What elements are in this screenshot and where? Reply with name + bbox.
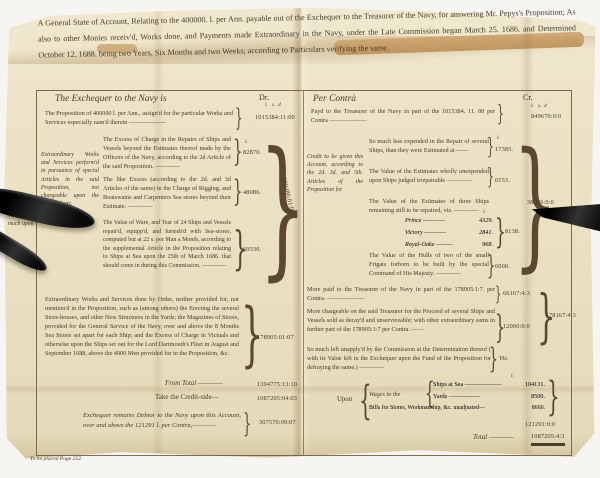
ship-name: Royal-Oake ——— xyxy=(405,241,453,248)
extraordinary-value: 178905:01:07 xyxy=(257,334,294,343)
ship-value: 968. xyxy=(482,241,493,248)
wages-label: Wages to the xyxy=(369,391,400,399)
credit-money-head: l. s. d xyxy=(531,103,547,110)
brace xyxy=(233,177,243,207)
brace xyxy=(487,167,494,189)
credit-item-2-text: The Value of the Estimates wholly unexpe… xyxy=(369,167,489,185)
upon-row-value: 8660. xyxy=(532,405,545,411)
ship-row-royal-oake: Royal-Oake ——— 968. xyxy=(405,241,493,248)
excess-item-1-text: The Excess of Charge in the Repairs of S… xyxy=(103,135,231,171)
upon-row-name: Bills for Stores, Workmanship, &c. unadj… xyxy=(369,405,485,411)
paid-text: Payd to the Treasurer of the Navy in par… xyxy=(311,107,495,125)
upon-label: Upon xyxy=(337,395,352,404)
debit-title: The Exchequer to the Navy is xyxy=(55,93,167,106)
brace xyxy=(497,104,504,126)
brace xyxy=(243,411,251,437)
upon-pound-mark: l. xyxy=(511,373,514,380)
credit-group-total: 38076:0:0 xyxy=(527,199,554,208)
paid-value: 849670:0:0 xyxy=(531,113,561,122)
pound-mark: l. xyxy=(497,135,500,142)
more-group-total: 78167:4:3 xyxy=(549,312,576,321)
from-total-label: From Total ———— xyxy=(165,379,223,388)
take-credit-value: 1087205:04:03 xyxy=(257,395,297,404)
credit-total-label: Total ———— xyxy=(473,433,514,442)
brace xyxy=(235,106,243,130)
brace xyxy=(489,345,498,373)
pound-mark: l. xyxy=(245,139,248,146)
excess-item-3-text: The Value of Ware, and Tear of 24 Ships … xyxy=(103,219,231,271)
photo-of-document: A General State of Account, Relating to … xyxy=(0,0,600,478)
ship-value: 4329. xyxy=(479,217,493,224)
upon-row-name: Ships at Sea —————— xyxy=(433,381,502,388)
credit-margin-note: Credit to be given this Account, accordi… xyxy=(307,153,363,194)
brace xyxy=(359,381,372,421)
left-unapplied-text: So much left unapply'd by the Commission… xyxy=(307,345,491,372)
upon-row-bills: Bills for Stores, Workmanship, &c. unadj… xyxy=(369,405,545,411)
ship-name: Victory ———— xyxy=(405,229,446,236)
upon-row-value: 8500. xyxy=(531,393,545,400)
brace xyxy=(495,283,501,303)
brace xyxy=(233,137,243,167)
credit-item-1-value: 17385. xyxy=(495,146,513,155)
credit-total-value: 1087205:4:3 xyxy=(531,433,565,444)
account-table: The Exchequer to the Navy is Dr. l. s. d… xyxy=(36,90,572,456)
remainder-value: 307570:09:07 xyxy=(259,419,296,428)
credit-item-2-value: 6553. xyxy=(495,177,510,186)
extraordinary-text: Extraordinary Works and Services done by… xyxy=(45,295,239,358)
ship-row-prince: Prince ———— 4329. xyxy=(405,217,493,224)
upon-row-value: 104131. xyxy=(525,381,545,388)
remainder-text: Exchequer remains Debtor to the Navy upo… xyxy=(83,411,241,431)
upon-row-yards: Yards ————— 8500. xyxy=(433,393,545,400)
brace xyxy=(487,137,494,159)
more-chargeable-value: 12000:0:0 xyxy=(503,323,530,332)
credit-item-1-text: So much less expended in the Repair of s… xyxy=(369,137,489,155)
more-paid-value: 66167:4:3 xyxy=(503,290,530,299)
credit-title: Per Contrà xyxy=(313,93,356,106)
from-total-value: 1394775:13:10 xyxy=(257,381,297,390)
binder-placement-note: To be placed Page 252. xyxy=(30,456,82,464)
credit-item-3-text: The Value of the Estimates of three Ship… xyxy=(369,197,489,215)
upon-row-name: Yards ————— xyxy=(433,393,480,400)
brace xyxy=(547,377,560,417)
proposition-text: The Proposition of 400000 l. per Ann., a… xyxy=(45,109,233,127)
upon-row-ships-at-sea: Ships at Sea —————— 104131. xyxy=(433,381,545,388)
excess-item-2-text: The like Excess (according to the 2d. an… xyxy=(103,175,231,211)
more-chargeable-text: More chargeable on the said Treasurer fo… xyxy=(307,307,495,334)
more-paid-text: More paid to the Treasurer of the Navy i… xyxy=(307,285,495,303)
take-credit-label: Take the Credit-side— xyxy=(155,393,219,402)
ship-name: Prince ———— xyxy=(405,217,445,224)
upon-total: 121291:0:0 xyxy=(525,421,555,430)
pound-mark-ships: l. xyxy=(483,209,486,216)
ship-value: 2841. xyxy=(479,229,493,236)
ship-row-victory: Victory ———— 2841. xyxy=(405,229,493,236)
credit-item-4-text: The Value of the Hulls of two of the sma… xyxy=(369,251,489,278)
viz-label: Viz. xyxy=(499,355,508,364)
header-text: A General State of Account, Relating to … xyxy=(38,7,576,59)
credit-item-4-value: 6000. xyxy=(495,263,510,272)
debit-money-head: l. s. d xyxy=(265,102,281,109)
group-brace xyxy=(259,133,307,283)
